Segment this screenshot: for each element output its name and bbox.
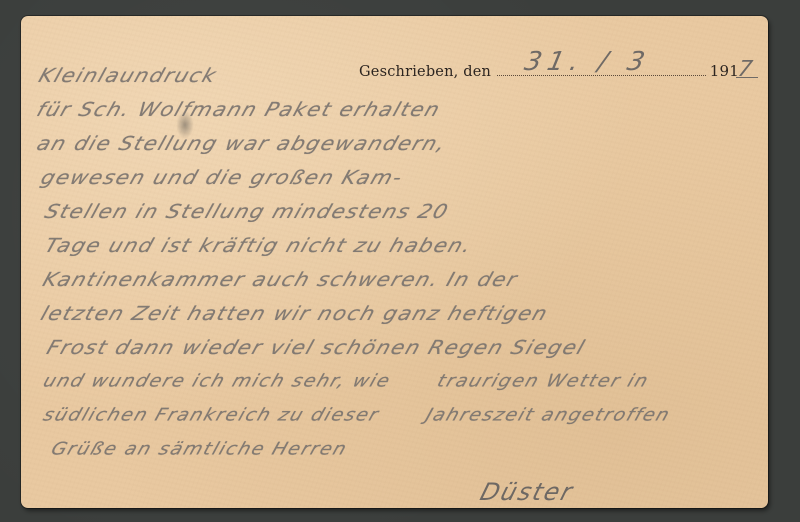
message-line: Tage und ist kräftig nicht zu haben. — [39, 235, 768, 266]
postcard: Geschrieben, den 31. / 3 191 7 Kleinlaun… — [21, 16, 768, 508]
message-line: südlichen Frankreich zu dieser Jahreszei… — [37, 405, 768, 436]
message-line: Frost dann wieder viel schönen Regen Sie… — [41, 337, 768, 368]
message-line: Grüße an sämtliche Herren — [45, 439, 768, 470]
message-line: Kantinenkammer auch schweren. In der — [37, 269, 768, 300]
message-line: Kleinlaundruck — [33, 65, 768, 96]
message-line-right: Jahreszeit angetroffen — [423, 405, 673, 425]
handwritten-message: Kleinlaundruck für Sch. Wolfmann Paket e… — [29, 62, 759, 470]
signature: Düster — [477, 478, 577, 506]
message-line: an die Stellung war abgewandern, — [31, 133, 768, 164]
message-line-left: südlichen Frankreich zu dieser — [41, 405, 383, 425]
message-line: Stellen in Stellung mindestens 20 — [39, 201, 768, 232]
message-line-left: und wundere ich mich sehr, wie — [41, 371, 394, 391]
message-line: für Sch. Wolfmann Paket erhalten — [31, 99, 768, 130]
message-line-right: traurigen Wetter in — [435, 371, 652, 391]
message-line: letzten Zeit hatten wir noch ganz heftig… — [35, 303, 768, 334]
message-line: und wundere ich mich sehr, wie traurigen… — [37, 371, 768, 402]
message-line: gewesen und die großen Kam- — [35, 167, 768, 198]
